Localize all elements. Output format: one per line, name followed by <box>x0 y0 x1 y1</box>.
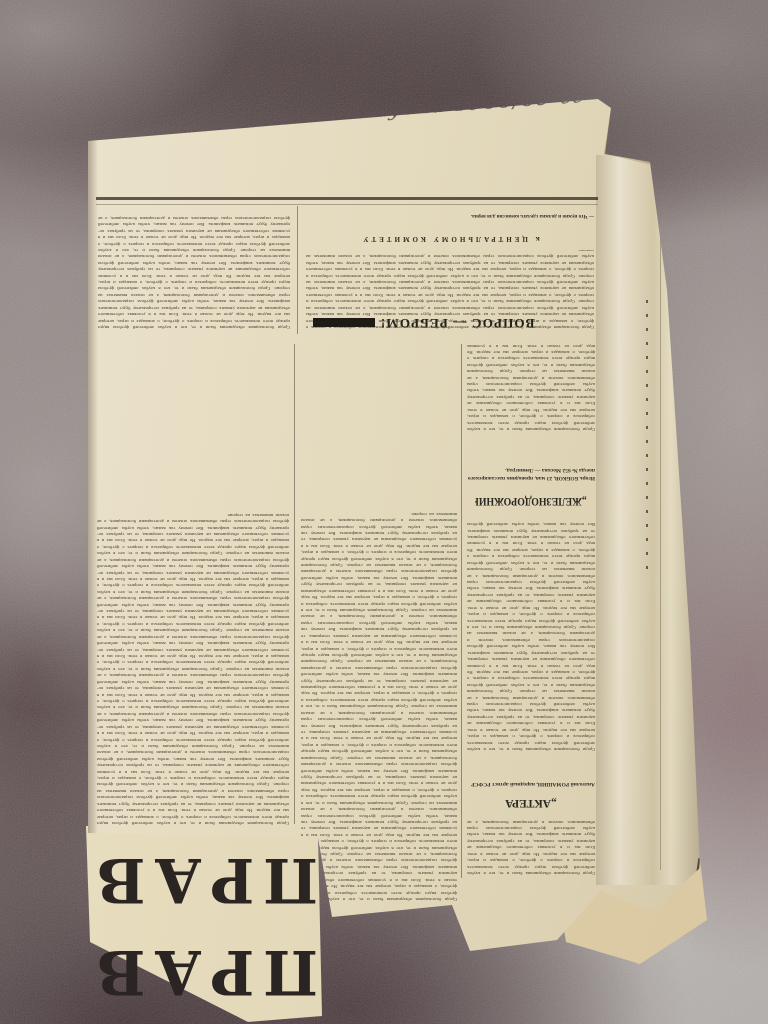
column-text: Среди болельщиков объединения были и те,… <box>467 820 595 876</box>
column-text: Среди болельщиков объединения были и те,… <box>467 522 595 752</box>
section-headline: ВОПРОС — РЕБРОМ! <box>380 315 535 331</box>
photo-of-newspaper-on-carpet: ПРАВУ ПРАВИ Еч. кубки 1988/89 гг Среди б… <box>0 0 768 1024</box>
section-headline-block: ВОПРОС — РЕБРОМ! <box>283 306 533 340</box>
masthead-row-bottom: ПРАВУ <box>88 924 318 1018</box>
column-text: Среди болельщиков объединения были и те,… <box>97 344 289 826</box>
headline-railwayman: „ЖЕЛЕЗНОДОРОЖНИКА <box>475 488 587 516</box>
headline-actor: „АКТЕРА <box>467 790 595 816</box>
headline-bar <box>313 319 375 328</box>
question-line: — Что нужно и должна сделать комиссия дл… <box>306 208 594 219</box>
column-text: Среди болельщиков объединения были и те,… <box>467 344 595 432</box>
masthead-letters: ПРАВУ ПРАВИ <box>88 828 318 1018</box>
column-text: Среди болельщиков объединения были и те,… <box>98 212 290 330</box>
column-text: Среди болельщиков объединения были и те,… <box>301 344 457 902</box>
committee-line: к ЦЕНТРАЛЬНОМУ КОМИТЕТУ <box>306 230 594 243</box>
column-divider <box>461 344 462 878</box>
fold-crease-line <box>660 170 661 870</box>
column-divider <box>294 344 295 824</box>
byline-railwayman: Игорь БОБКОВ, 23 мая, проводник пассажир… <box>467 436 595 482</box>
page-rule-thin <box>96 204 598 205</box>
masthead-row-top: ПРАВИ <box>88 832 318 929</box>
page-rule-thick <box>96 197 598 200</box>
fold-perforation-marks <box>646 300 648 580</box>
byline-actor: Анатолий РОМАШИН, народный артист РСФСР <box>467 756 595 788</box>
